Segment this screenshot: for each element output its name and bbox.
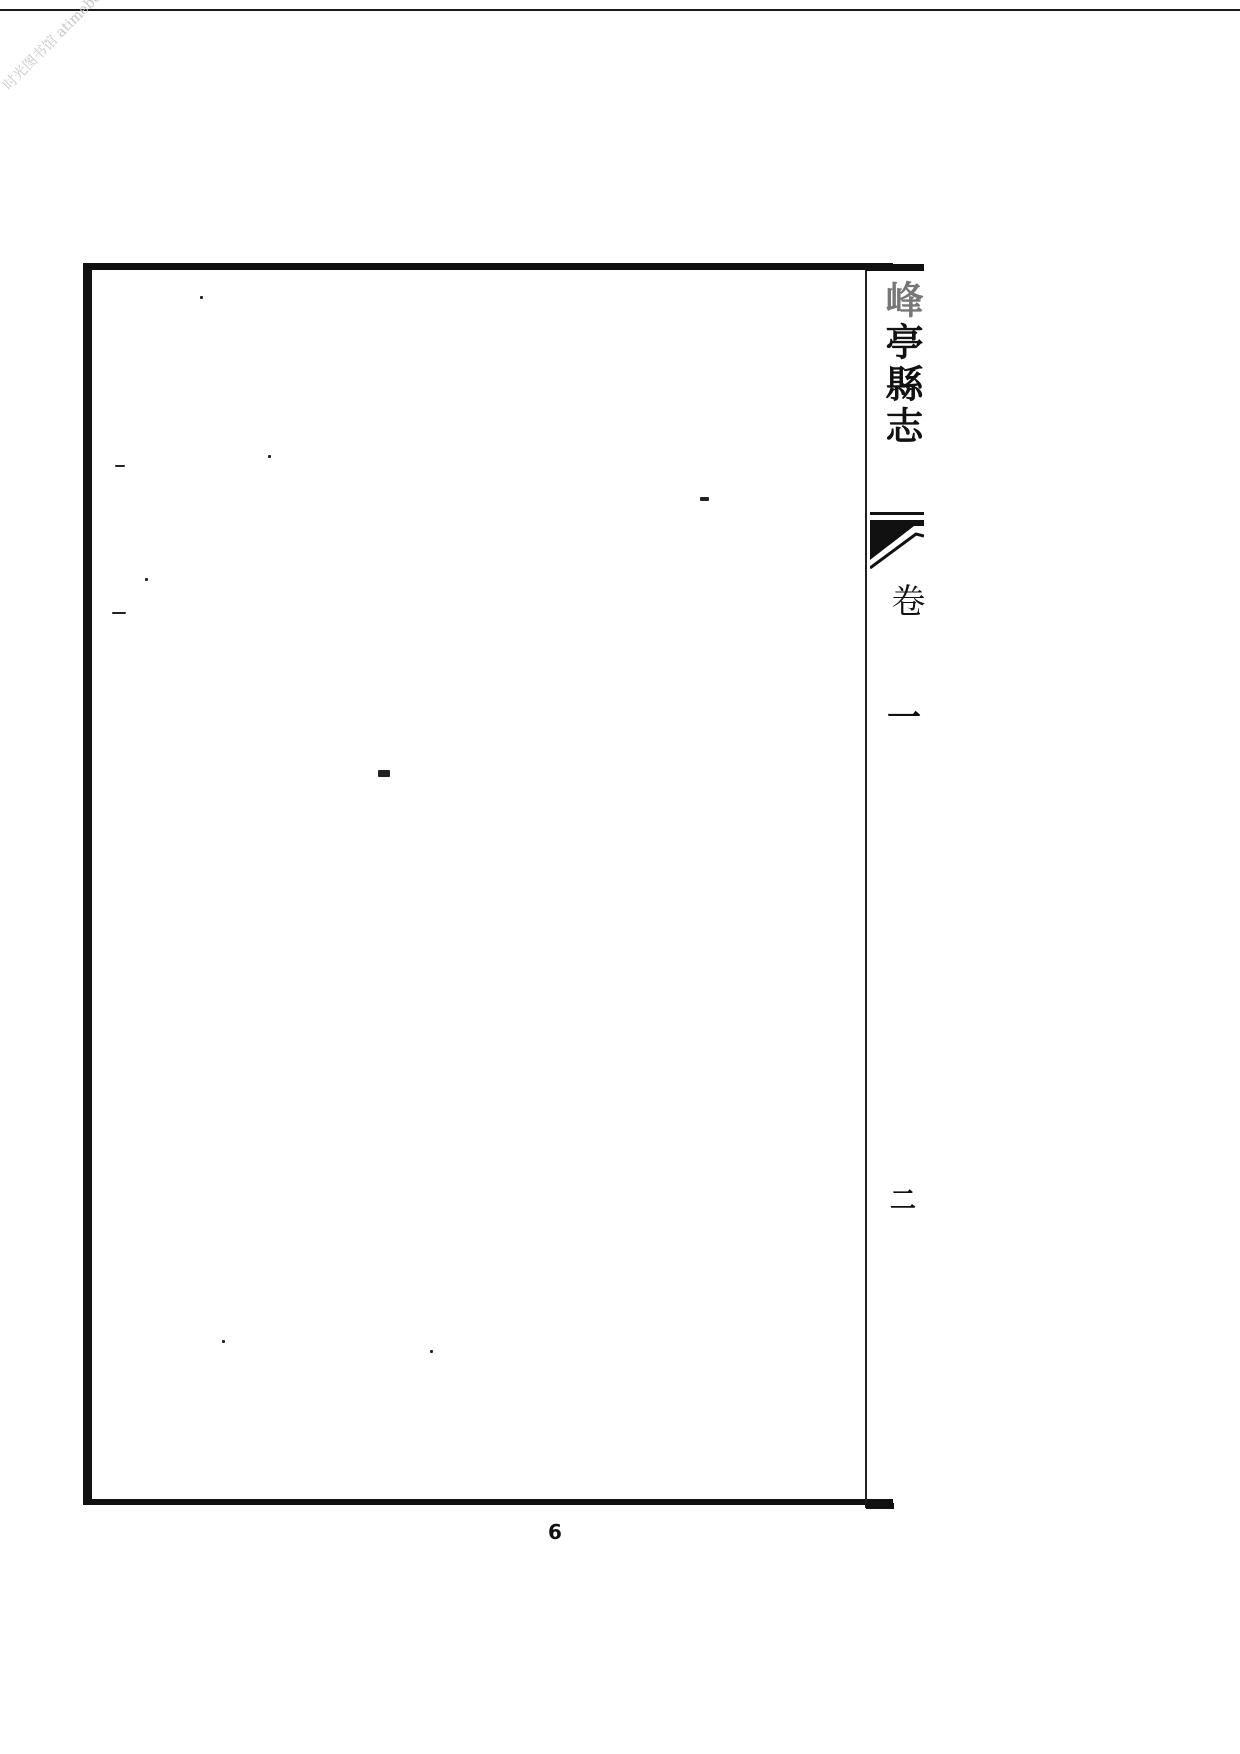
spine-title-faint-char: 峰 <box>879 280 924 322</box>
spine-bottom-border <box>866 1503 894 1509</box>
spine-volume-number: 一 <box>884 690 924 739</box>
scan-speck <box>112 612 126 614</box>
spine-divider <box>865 268 867 1508</box>
scan-speck <box>222 1340 225 1343</box>
spine-leaf-number: 二 <box>883 1180 923 1217</box>
spine-title: 峰亭縣志 <box>880 280 922 448</box>
scan-speck <box>200 296 203 299</box>
scan-speck <box>115 465 125 467</box>
watermark: 时光图书馆 atimebook.com <box>0 0 141 94</box>
spine-top-border <box>866 264 924 271</box>
blank-page-body <box>95 272 860 1497</box>
page-number: 6 <box>540 1520 570 1544</box>
fishtail-emblem-icon <box>870 520 924 574</box>
spine-volume-label: 卷 <box>885 583 925 617</box>
fishtail-rule <box>870 512 924 515</box>
top-rule <box>0 9 1240 11</box>
scan-speck <box>430 1350 433 1353</box>
spine-title-text: 亭縣志 <box>879 322 924 448</box>
scan-speck <box>378 770 390 777</box>
scan-speck <box>145 578 148 581</box>
scan-speck <box>268 455 271 458</box>
scan-speck <box>700 497 709 501</box>
